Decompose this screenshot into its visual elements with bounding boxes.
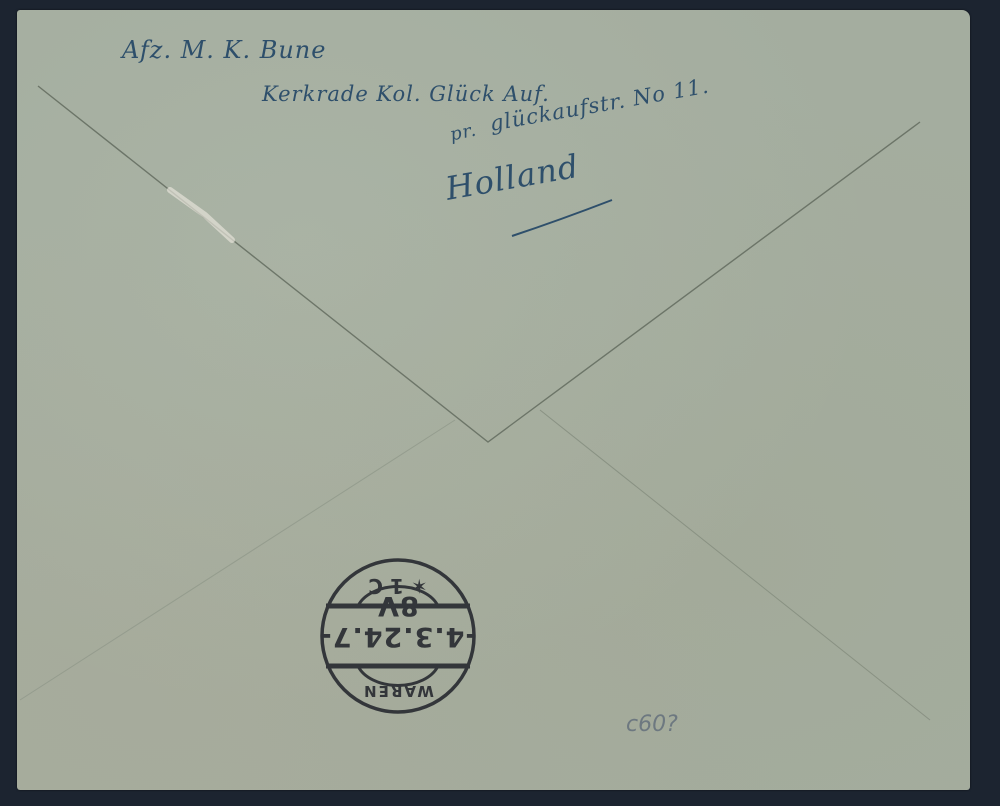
postmark-city: WAREN — [318, 682, 478, 700]
sender-name: Afz. M. K. Bune — [122, 36, 326, 64]
sender-town: Kerkrade Kol. Glück Auf. — [262, 82, 550, 106]
postmark-date: -4.3.24.7-8V — [318, 590, 478, 652]
envelope-photo: Afz. M. K. Bune Kerkrade Kol. Glück Auf.… — [0, 0, 1000, 806]
postmark-code: ✶ 1 C — [318, 574, 478, 598]
postmark-stamp: WAREN -4.3.24.7-8V ✶ 1 C — [318, 556, 478, 716]
pencil-note: c60? — [626, 712, 678, 737]
